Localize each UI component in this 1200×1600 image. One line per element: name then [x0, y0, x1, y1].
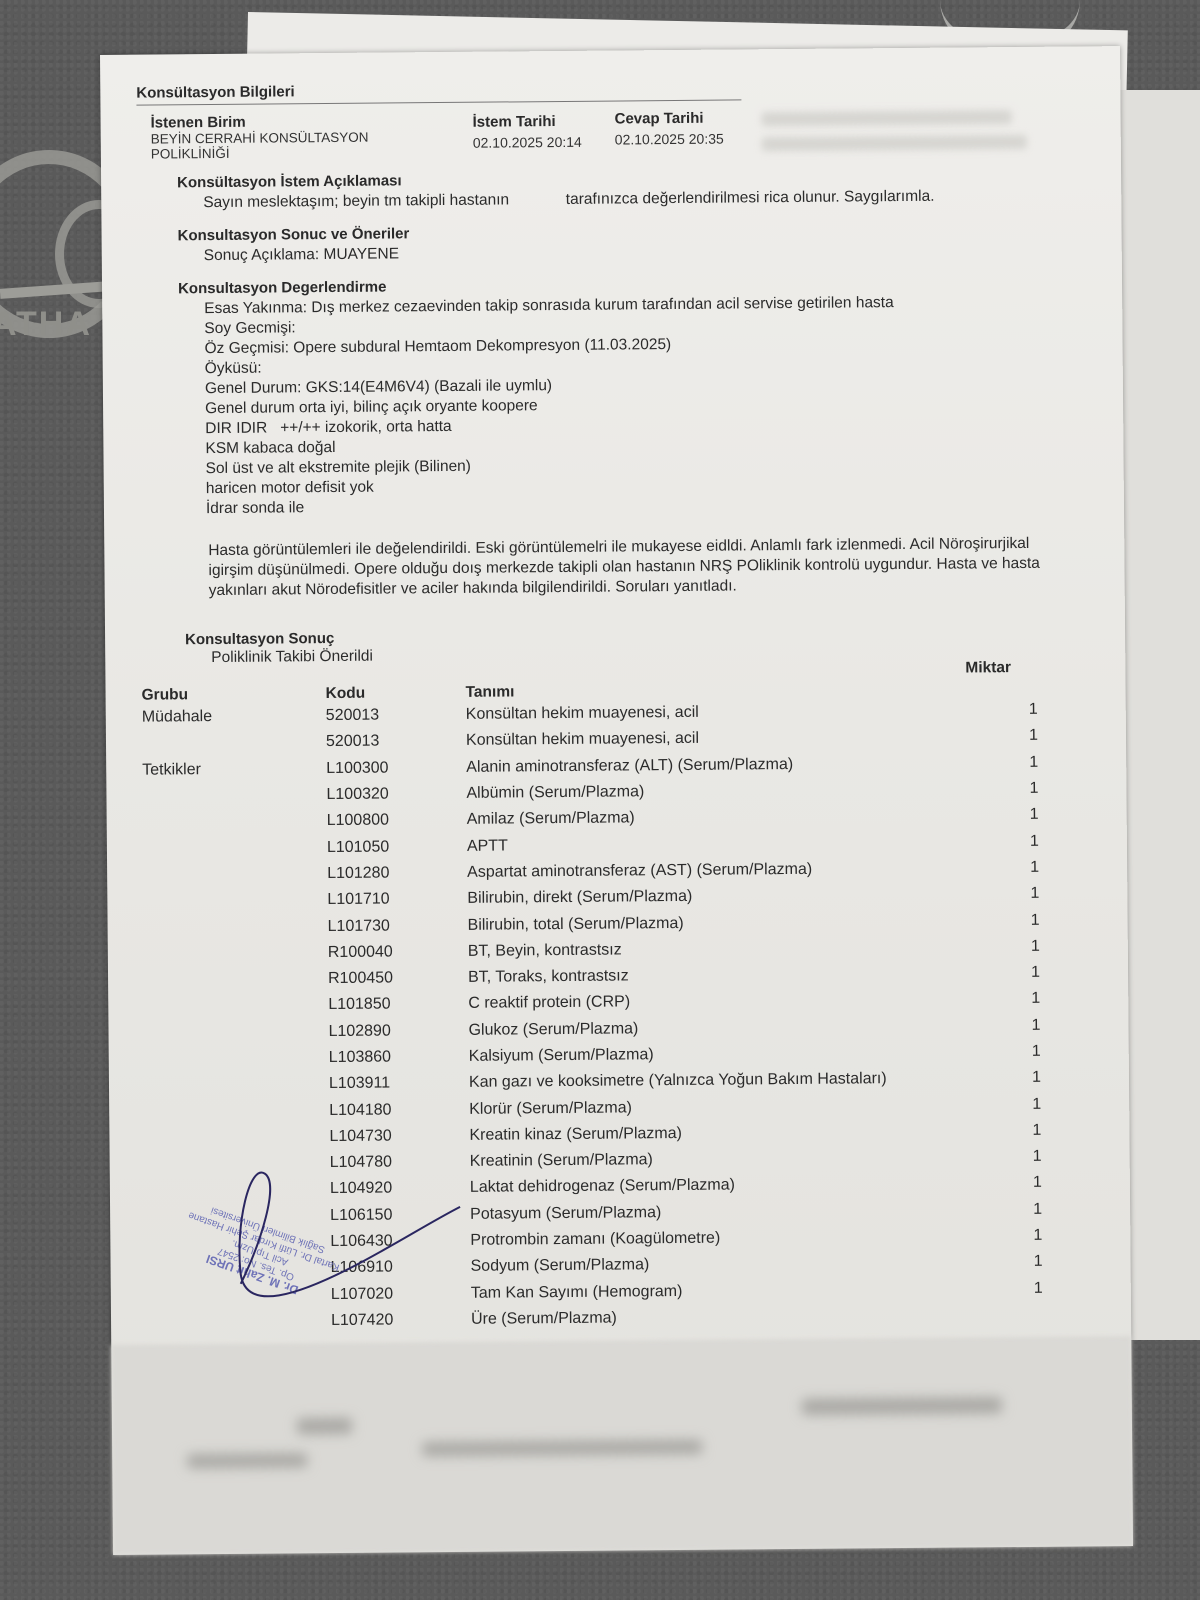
row-quantity: 1 [967, 828, 1043, 855]
row-code: L104180 [329, 1096, 469, 1124]
requested-unit-value-line1: BEYİN CERRAHİ KONSÜLTASYON [151, 130, 369, 147]
row-code: 520013 [326, 702, 466, 730]
row-quantity [971, 1302, 1047, 1329]
row-code: L101850 [328, 991, 468, 1019]
row-description: Üre (Serum/Plazma) [471, 1302, 971, 1333]
row-group [144, 1019, 328, 1047]
row-group [143, 835, 327, 863]
row-quantity: 1 [970, 1170, 1046, 1197]
request-description-section: Konsültasyon İstem Açıklaması Sayın mesl… [177, 166, 1081, 213]
redacted-info-line2 [762, 135, 1027, 151]
redacted-info-line1 [762, 110, 1012, 126]
redacted-footer-text [802, 1397, 1002, 1415]
row-code: L103860 [329, 1044, 469, 1072]
row-code: L102890 [328, 1017, 468, 1045]
row-code: R100040 [328, 938, 468, 966]
row-quantity: 1 [966, 697, 1042, 724]
row-group [145, 1045, 329, 1073]
row-code: L101730 [327, 912, 467, 940]
row-quantity: 1 [969, 1039, 1045, 1066]
row-code: L100800 [327, 807, 467, 835]
consultation-result-section: Konsultasyon Sonuç Poliklinik Takibi Öne… [185, 623, 1085, 668]
row-group [143, 861, 327, 889]
background-logo-text: ATHA [0, 305, 92, 344]
row-quantity: 1 [970, 1196, 1046, 1223]
row-quantity: 1 [966, 776, 1042, 803]
row-quantity: 1 [969, 1065, 1045, 1092]
row-group [144, 913, 328, 941]
request-description-part2: tarafınızca değerlendirilmesi rica olunu… [566, 188, 935, 208]
evaluation-section: Konsultasyon Degerlendirme Esas Yakınma:… [178, 272, 1084, 519]
evaluation-paragraph: Hasta görüntülemleri ile değelendirildi.… [208, 534, 1048, 601]
request-date-value: 02.10.2025 20:14 [473, 134, 582, 151]
row-group [144, 940, 328, 968]
redacted-footer-text [297, 1418, 352, 1434]
row-group [144, 966, 328, 994]
row-group [144, 992, 328, 1020]
requested-unit: İstenen Birim BEYİN CERRAHİ KONSÜLTASYON… [151, 113, 369, 162]
response-date: Cevap Tarihi 02.10.2025 20:35 [615, 110, 724, 148]
row-group [145, 1097, 329, 1125]
row-code: L104730 [329, 1123, 469, 1151]
row-quantity: 1 [968, 933, 1044, 960]
row-group [142, 782, 326, 810]
row-code: 520013 [326, 728, 466, 756]
request-date: İstem Tarihi 02.10.2025 20:14 [473, 113, 582, 151]
row-code: L101280 [327, 860, 467, 888]
row-quantity: 1 [968, 1012, 1044, 1039]
row-group [143, 887, 327, 915]
request-date-label: İstem Tarihi [473, 113, 582, 131]
row-quantity: 1 [970, 1249, 1046, 1276]
consultation-info-header: Konsültasyon Bilgileri İstenen Birim BEY… [136, 76, 1081, 164]
row-group [145, 1071, 329, 1099]
row-quantity: 1 [970, 1223, 1046, 1250]
row-code: L103911 [329, 1070, 469, 1098]
row-quantity: 1 [967, 802, 1043, 829]
row-quantity: 1 [967, 907, 1043, 934]
row-quantity: 1 [970, 1144, 1046, 1171]
row-group: Müdahale [142, 703, 326, 731]
redacted-footer-text [187, 1453, 307, 1468]
requested-unit-label: İstenen Birim [151, 113, 369, 132]
consultation-document: Konsültasyon Bilgileri İstenen Birim BEY… [100, 46, 1133, 1555]
row-group [142, 729, 326, 757]
row-quantity: 1 [969, 1091, 1045, 1118]
row-quantity: 1 [968, 960, 1044, 987]
evaluation-lines: Esas Yakınma: Dış merkez cezaevinden tak… [204, 291, 1084, 519]
row-quantity: 1 [969, 1118, 1045, 1145]
row-quantity: 1 [967, 881, 1043, 908]
row-quantity: 1 [971, 1275, 1047, 1302]
row-quantity: 1 [967, 855, 1043, 882]
row-code: L100320 [326, 781, 466, 809]
redacted-footer-text [422, 1440, 702, 1456]
row-code: L101050 [327, 833, 467, 861]
row-quantity: 1 [966, 749, 1042, 776]
column-header-quantity: Miktar [965, 659, 1041, 684]
row-group [143, 808, 327, 836]
request-description-part1: Sayın meslektaşım; beyin tm takipli hast… [203, 191, 509, 211]
response-date-label: Cevap Tarihi [615, 110, 724, 128]
result-recommendations-section: Konsultasyon Sonuc ve Öneriler Sonuç Açı… [178, 219, 1082, 266]
section-title: Konsültasyon Bilgileri [136, 76, 1080, 101]
row-group: Tetkikler [142, 756, 326, 784]
signature-icon [220, 1162, 471, 1314]
column-header-group: Grubu [141, 679, 325, 705]
column-header-code: Kodu [325, 678, 465, 703]
row-quantity: 1 [966, 723, 1042, 750]
row-code: L101710 [327, 886, 467, 914]
back-paper-sheet-edge [1120, 90, 1200, 1340]
row-quantity: 1 [968, 986, 1044, 1013]
response-date-value: 02.10.2025 20:35 [615, 131, 724, 148]
requested-unit-value-line2: POLİKLİNİĞİ [151, 145, 369, 162]
row-code: L100300 [326, 754, 466, 782]
row-code: R100450 [328, 965, 468, 993]
